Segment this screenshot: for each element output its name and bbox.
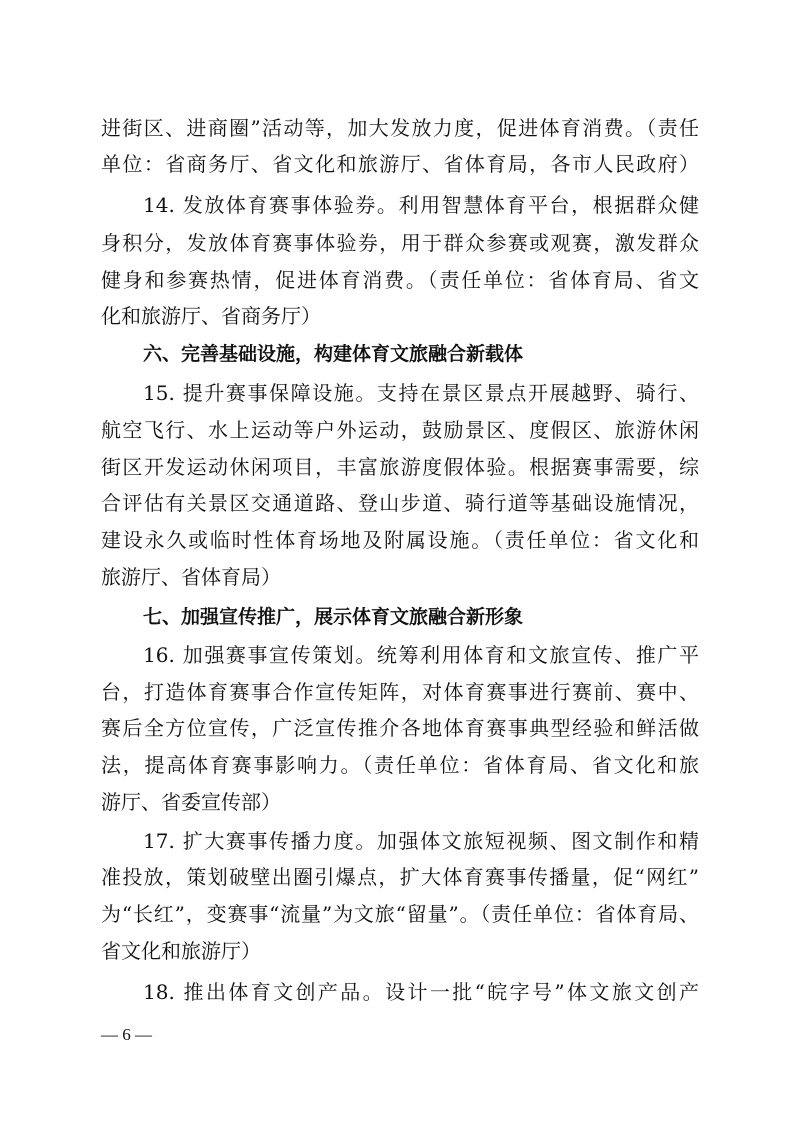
body-line: 身积分，发放体育赛事体验券，用于群众参赛或观赛，激发群众 (101, 231, 699, 255)
body-line: 台，打造体育赛事合作宣传矩阵，对体育赛事进行赛前、赛中、 (101, 680, 699, 704)
page-number: — 6 — (101, 1024, 152, 1046)
body-line: 赛后全方位宣传，广泛宣传推介各地体育赛事典型经验和鲜活做 (101, 716, 699, 740)
body-line: 进街区、进商圈”活动等，加大发放力度，促进体育消费。（责任 (101, 116, 699, 140)
body-line: 省文化和旅游厅） (101, 939, 699, 963)
item-15-first-line: 15. 提升赛事保障设施。支持在景区景点开展越野、骑行、 (143, 381, 699, 405)
item-14-first-line: 14. 发放体育赛事体验券。利用智慧体育平台，根据群众健 (143, 193, 699, 217)
body-line: 准投放，策划破壁出圈引爆点，扩大体育赛事传播量，促“网红” (101, 865, 699, 889)
body-line: 建设永久或临时性体育场地及附属设施。（责任单位：省文化和 (101, 528, 699, 552)
item-16-first-line: 16. 加强赛事宣传策划。统筹利用体育和文旅宣传、推广平 (143, 643, 699, 667)
section-heading-6: 六、完善基础设施，构建体育文旅融合新载体 (143, 342, 523, 366)
body-line: 健身和参赛热情，促进体育消费。（责任单位：省体育局、省文 (101, 268, 699, 292)
body-line: 游厅、省委宣传部） (101, 790, 699, 814)
item-17-first-line: 17. 扩大赛事传播力度。加强体文旅短视频、图文制作和精 (143, 829, 699, 853)
body-line: 法，提高体育赛事影响力。（责任单位：省体育局、省文化和旅 (101, 753, 699, 777)
body-line: 化和旅游厅、省商务厅） (101, 304, 699, 328)
section-heading-7: 七、加强宣传推广，展示体育文旅融合新形象 (143, 605, 523, 629)
item-18-first-line: 18. 推出体育文创产品。设计一批“皖字号”体文旅文创产 (143, 980, 699, 1004)
body-line: 合评估有关景区交通道路、登山步道、骑行道等基础设施情况， (101, 491, 699, 515)
document-page: 进街区、进商圈”活动等，加大发放力度，促进体育消费。（责任 单位：省商务厅、省文… (0, 0, 793, 1122)
body-line: 单位：省商务厅、省文化和旅游厅、省体育局，各市人民政府） (101, 152, 699, 176)
body-line: 旅游厅、省体育局） (101, 565, 699, 589)
body-line: 为“长红”，变赛事“流量”为文旅“留量”。（责任单位：省体育局、 (101, 902, 699, 926)
body-line: 航空飞行、水上运动等户外运动，鼓励景区、度假区、旅游休闲 (101, 418, 699, 442)
body-line: 街区开发运动休闲项目，丰富旅游度假体验。根据赛事需要，综 (101, 455, 699, 479)
